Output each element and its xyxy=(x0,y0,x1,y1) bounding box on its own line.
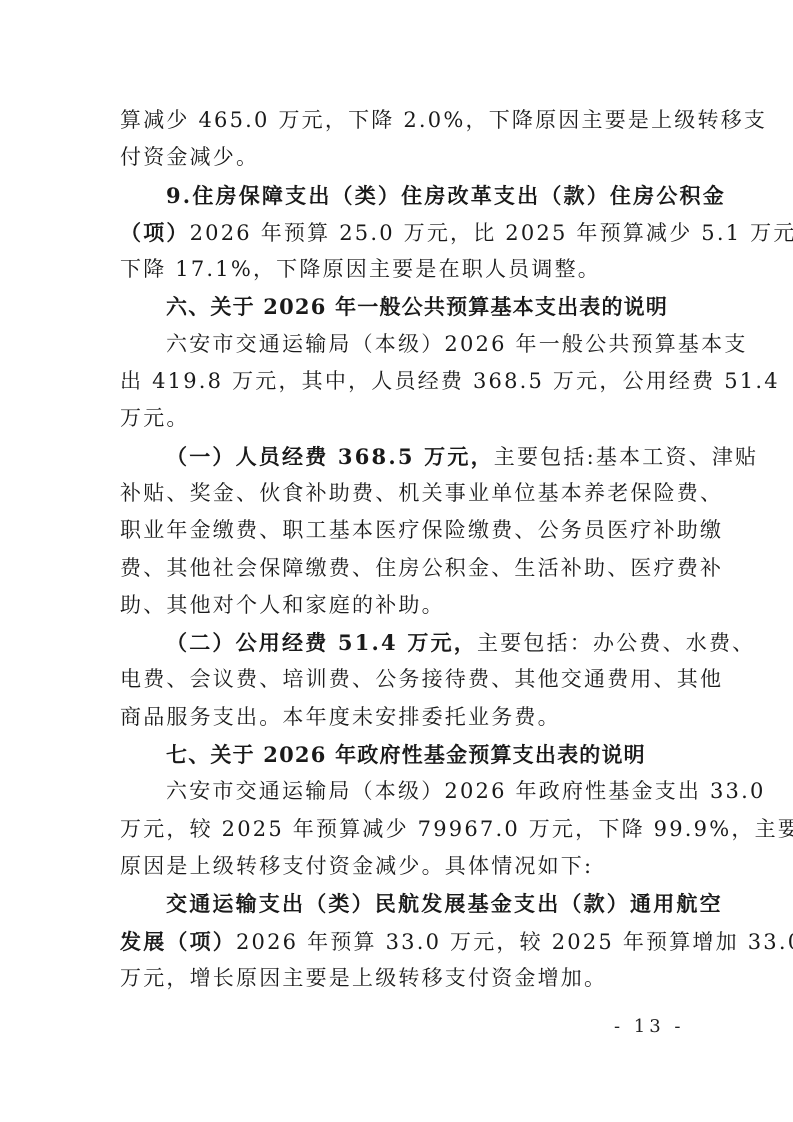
text-segment: 费、其他社会保障缴费、住房公积金、生活补助、医疗费补 xyxy=(120,556,723,580)
text-segment: 万元。 xyxy=(120,406,190,430)
text-segment: 2026 年预算 33.0 万元，较 2025 年预算增加 33.0 xyxy=(236,930,793,954)
text-segment: 付资金减少。 xyxy=(120,145,259,169)
text-segment: 职业年金缴费、职工基本医疗保险缴费、公务员医疗补助缴 xyxy=(120,518,723,542)
paragraph-item-9-housing: 9.住房保障支出（类）住房改革支出（款）住房公积金 （项）2026 年预算 25… xyxy=(120,177,673,289)
paragraph-government-fund: 六安市交通运输局（本级）2026 年政府性基金支出 33.0 万元，较 2025… xyxy=(120,773,673,885)
text-segment: 出 419.8 万元，其中，人员经费 368.5 万元，公用经费 51.4 xyxy=(120,369,780,393)
text-line: 六安市交通运输局（本级）2026 年政府性基金支出 33.0 xyxy=(120,773,673,810)
text-line: 职业年金缴费、职工基本医疗保险缴费、公务员医疗补助缴 xyxy=(120,512,673,549)
paragraph-aviation-item: 交通运输支出（类）民航发展基金支出（款）通用航空 发展（项）2026 年预算 3… xyxy=(120,885,673,997)
text-segment: 原因是上级转移支付资金减少。具体情况如下: xyxy=(120,854,593,878)
text-line: 原因是上级转移支付资金减少。具体情况如下: xyxy=(120,848,673,885)
text-line: 万元，增长原因主要是上级转移支付资金增加。 xyxy=(120,960,673,997)
text-line: 万元，较 2025 年预算减少 79967.0 万元，下降 99.9%，主要 xyxy=(120,811,673,848)
text-segment: 万元，增长原因主要是上级转移支付资金增加。 xyxy=(120,966,607,990)
text-segment: 主要包括：办公费、水费、 xyxy=(477,631,755,655)
text-line: 商品服务支出。本年度未安排委托业务费。 xyxy=(120,699,673,736)
text-line: 补贴、奖金、伙食补助费、机关事业单位基本养老保险费、 xyxy=(120,475,673,512)
text-segment: 六安市交通运输局（本级）2026 年政府性基金支出 33.0 xyxy=(166,779,766,803)
page-number-text: - 13 - xyxy=(614,1016,685,1037)
text-line: 交通运输支出（类）民航发展基金支出（款）通用航空 xyxy=(120,885,673,922)
text-line: （二）公用经费 51.4 万元，主要包括：办公费、水费、 xyxy=(120,624,673,661)
section-heading-7: 七、关于 2026 年政府性基金预算支出表的说明 xyxy=(120,736,673,773)
text-line: 电费、会议费、培训费、公务接待费、其他交通费用、其他 xyxy=(120,661,673,698)
text-segment: 下降 17.1%，下降原因主要是在职人员调整。 xyxy=(120,257,601,281)
paragraph-continuation: 算减少 465.0 万元，下降 2.0%，下降原因主要是上级转移支 付资金减少。 xyxy=(120,102,673,177)
item-title: 9.住房保障支出（类）住房改革支出（款）住房公积金 xyxy=(166,183,726,208)
document-page: 算减少 465.0 万元，下降 2.0%，下降原因主要是上级转移支 付资金减少。… xyxy=(120,102,673,997)
text-segment: 算减少 465.0 万元，下降 2.0%，下降原因主要是上级转移支 xyxy=(120,108,767,132)
item-title: 交通运输支出（类）民航发展基金支出（款）通用航空 xyxy=(166,891,723,916)
text-line: 万元。 xyxy=(120,400,673,437)
text-segment: 商品服务支出。本年度未安排委托业务费。 xyxy=(120,705,561,729)
heading-line: 七、关于 2026 年政府性基金预算支出表的说明 xyxy=(120,736,673,773)
text-line: 下降 17.1%，下降原因主要是在职人员调整。 xyxy=(120,251,673,288)
text-line: 费、其他社会保障缴费、住房公积金、生活补助、医疗费补 xyxy=(120,550,673,587)
heading-line: 六、关于 2026 年一般公共预算基本支出表的说明 xyxy=(120,288,673,325)
text-line: 出 419.8 万元，其中，人员经费 368.5 万元，公用经费 51.4 xyxy=(120,363,673,400)
text-segment: 2026 年预算 25.0 万元，比 2025 年预算减少 5.1 万元， xyxy=(190,221,793,245)
paragraph-basic-expenditure: 六安市交通运输局（本级）2026 年一般公共预算基本支 出 419.8 万元，其… xyxy=(120,326,673,438)
paragraph-personnel-expenses: （一）人员经费 368.5 万元，主要包括:基本工资、津贴 补贴、奖金、伙食补助… xyxy=(120,438,673,624)
text-line: （项）2026 年预算 25.0 万元，比 2025 年预算减少 5.1 万元， xyxy=(120,214,673,251)
heading-text: 六、关于 2026 年一般公共预算基本支出表的说明 xyxy=(166,294,668,319)
text-line: （一）人员经费 368.5 万元，主要包括:基本工资、津贴 xyxy=(120,438,673,475)
text-line: 六安市交通运输局（本级）2026 年一般公共预算基本支 xyxy=(120,326,673,363)
subheading-text: （二）公用经费 51.4 万元， xyxy=(166,630,477,655)
heading-text: 七、关于 2026 年政府性基金预算支出表的说明 xyxy=(166,742,646,767)
text-segment: 主要包括:基本工资、津贴 xyxy=(494,445,758,469)
text-segment: 补贴、奖金、伙食补助费、机关事业单位基本养老保险费、 xyxy=(120,481,723,505)
text-segment: 电费、会议费、培训费、公务接待费、其他交通费用、其他 xyxy=(120,667,723,691)
item-title: 发展（项） xyxy=(120,929,236,954)
item-title: （项） xyxy=(120,220,190,245)
text-line: 算减少 465.0 万元，下降 2.0%，下降原因主要是上级转移支 xyxy=(120,102,673,139)
text-line: 发展（项）2026 年预算 33.0 万元，较 2025 年预算增加 33.0 xyxy=(120,923,673,960)
text-segment: 万元，较 2025 年预算减少 79967.0 万元，下降 99.9%，主要 xyxy=(120,817,793,841)
text-segment: 助、其他对个人和家庭的补助。 xyxy=(120,593,445,617)
paragraph-public-expenses: （二）公用经费 51.4 万元，主要包括：办公费、水费、 电费、会议费、培训费、… xyxy=(120,624,673,736)
text-line: 9.住房保障支出（类）住房改革支出（款）住房公积金 xyxy=(120,177,673,214)
text-line: 助、其他对个人和家庭的补助。 xyxy=(120,587,673,624)
section-heading-6: 六、关于 2026 年一般公共预算基本支出表的说明 xyxy=(120,288,673,325)
text-line: 付资金减少。 xyxy=(120,139,673,176)
subheading-text: （一）人员经费 368.5 万元， xyxy=(166,444,494,469)
text-segment: 六安市交通运输局（本级）2026 年一般公共预算基本支 xyxy=(166,332,748,356)
